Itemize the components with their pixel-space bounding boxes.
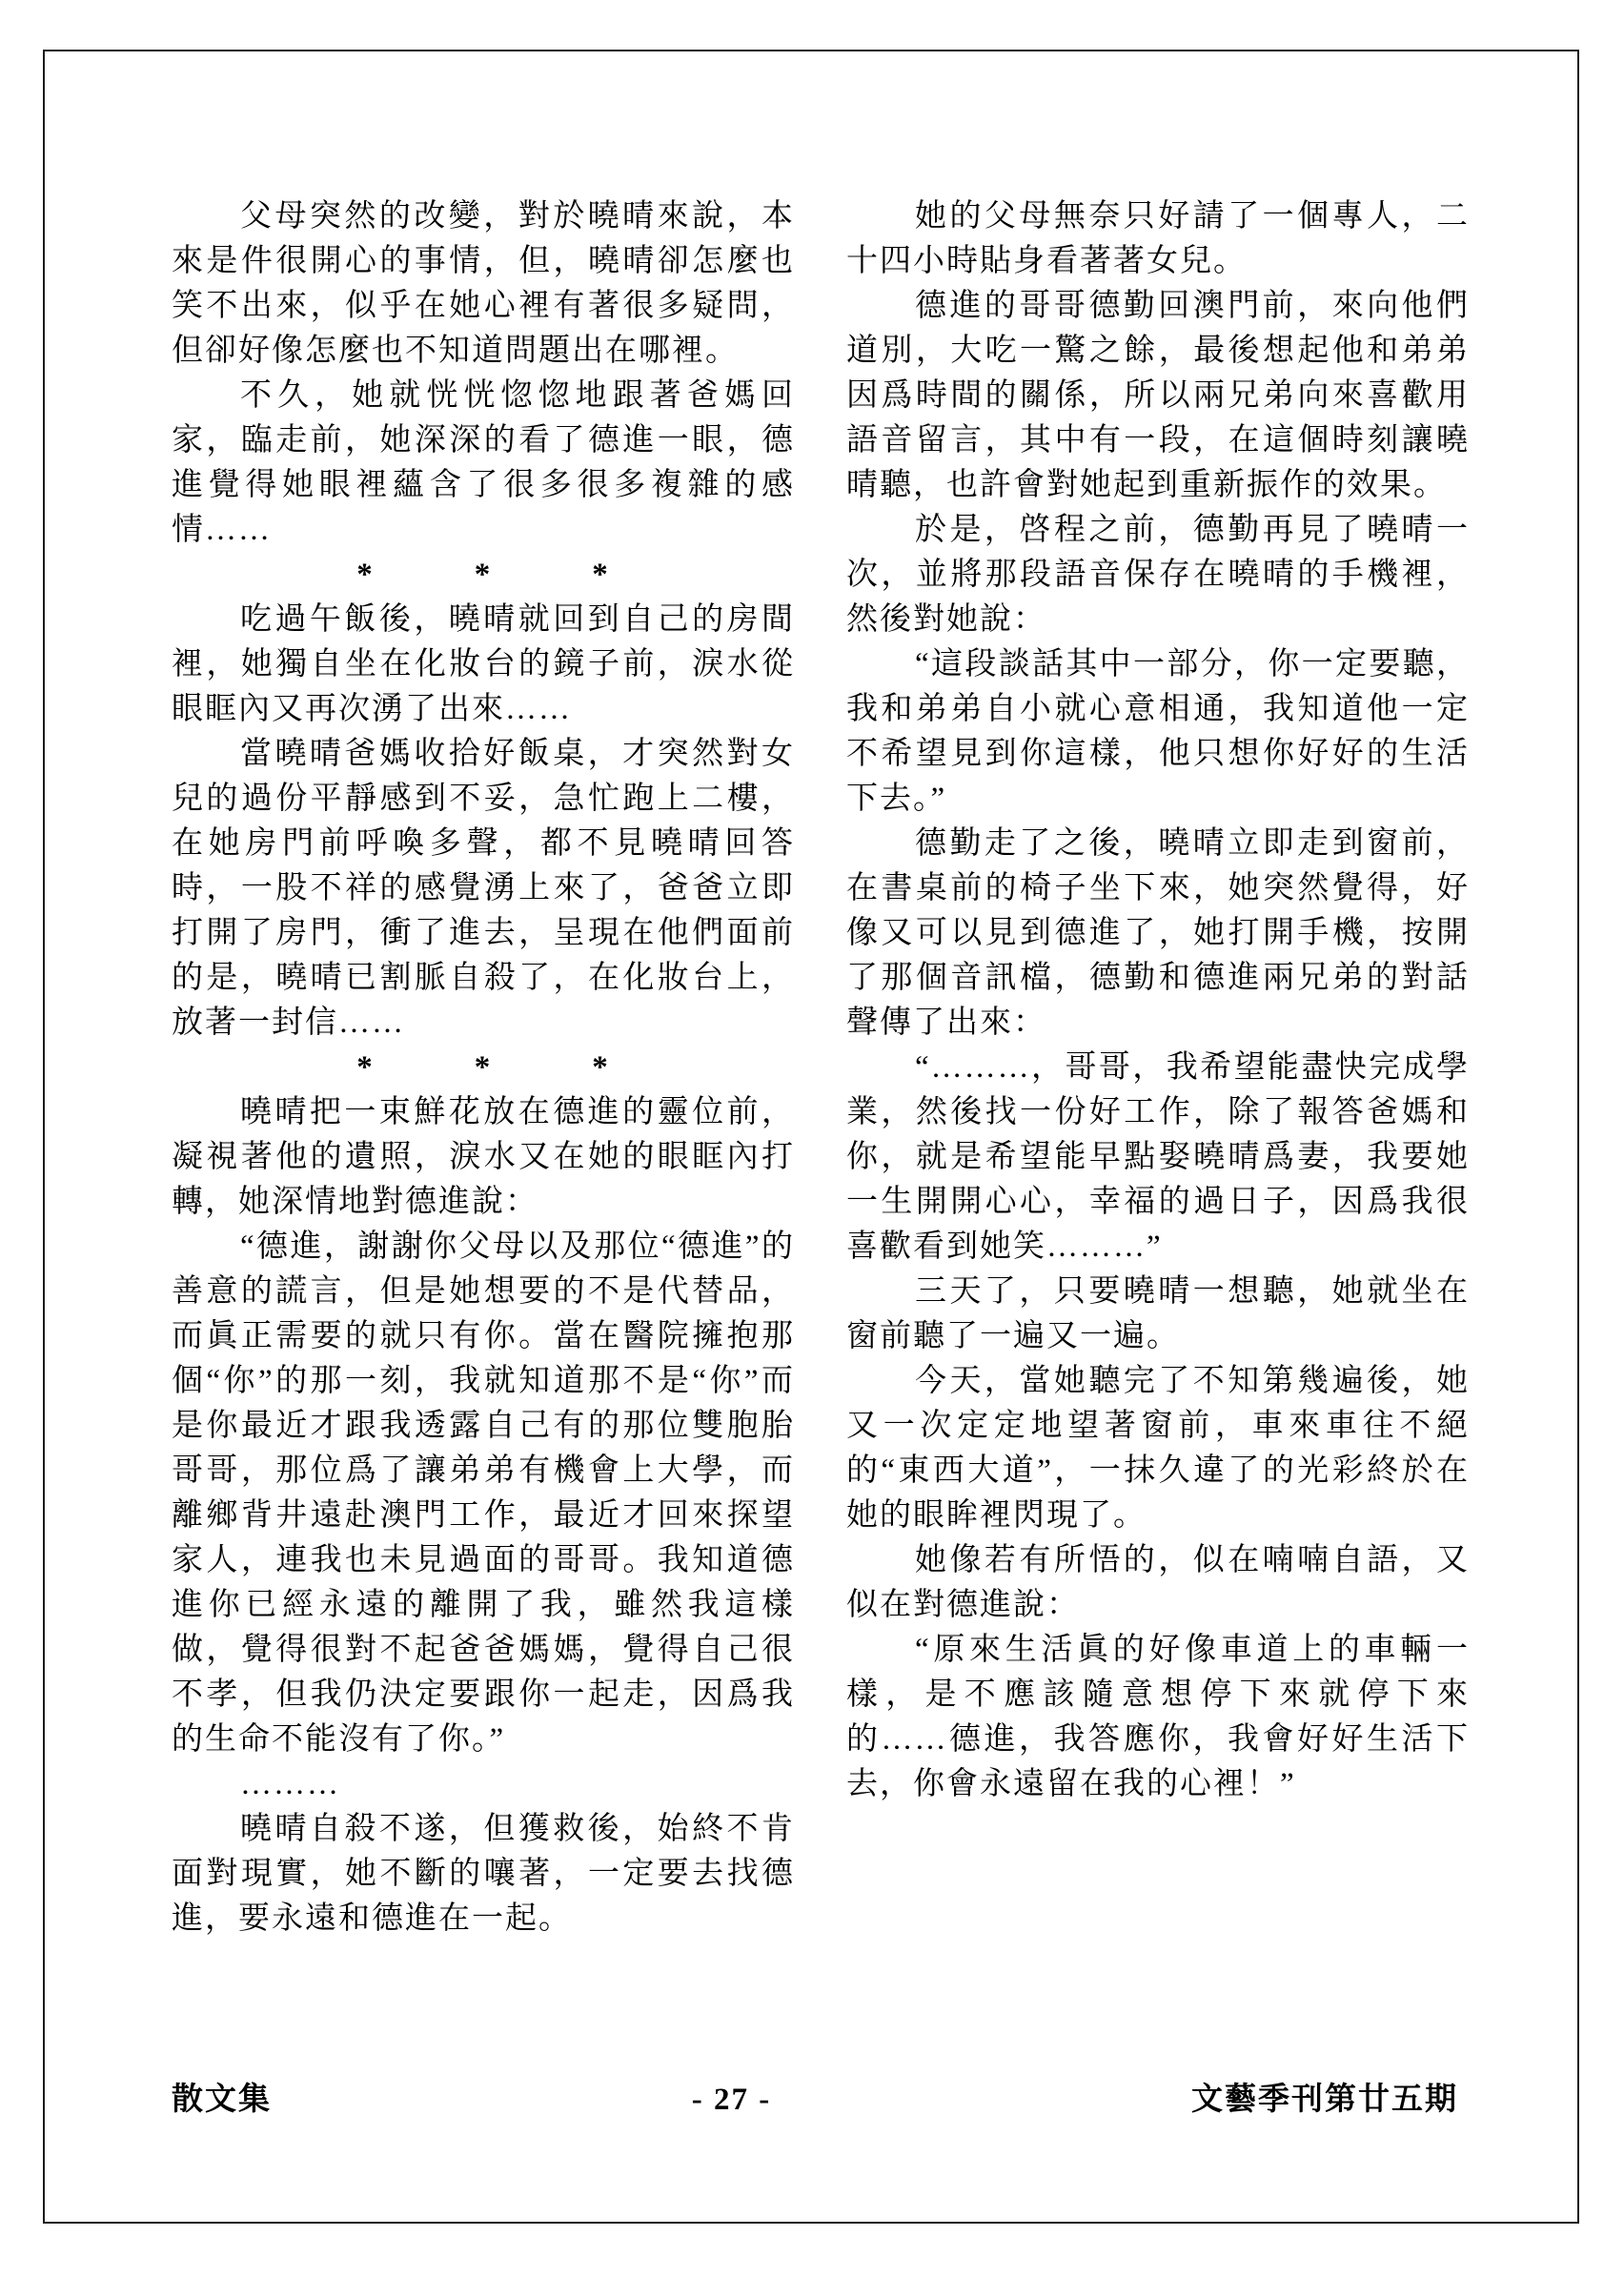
paragraph: 吃過午飯後，曉晴就回到自己的房間裡，她獨自坐在化妝台的鏡子前，淚水從眼眶內又再次… bbox=[172, 598, 795, 732]
paragraph: 今天，當她聽完了不知第幾遍後，她又一次定定地望著窗前，車來車往不絕的“東西大道”… bbox=[846, 1359, 1470, 1538]
paragraph: “德進，謝謝你父母以及那位“德進”的善意的謊言，但是她想要的不是代替品，而眞正需… bbox=[172, 1225, 795, 1762]
footer-section-title: 散文集 bbox=[172, 2074, 272, 2119]
paragraph: 曉晴自殺不遂，但獲救後，始終不肯面對現實，她不斷的嚷著，一定要去找德進，要永遠和… bbox=[172, 1807, 795, 1942]
paragraph: 當曉晴爸媽收拾好飯桌，才突然對女兒的過份平靜感到不妥，急忙跑上二樓，在她房門前呼… bbox=[172, 732, 795, 1046]
paragraph: 三天了，只要曉晴一想聽，她就坐在窗前聽了一遍又一遍。 bbox=[846, 1270, 1470, 1359]
paragraph: 德勤走了之後，曉晴立即走到窗前，在書桌前的椅子坐下來，她突然覺得，好像又可以見到… bbox=[846, 822, 1470, 1046]
paragraph: “這段談話其中一部分，你一定要聽，我和弟弟自小就心意相通，我知道他一定不希望見到… bbox=[846, 642, 1470, 822]
footer-publication-title: 文藝季刊第廿五期 bbox=[1191, 2074, 1458, 2119]
column-right: 她的父母無奈只好請了一個專人，二十四小時貼身看著著女兒。德進的哥哥德勤回澳門前，… bbox=[846, 194, 1470, 1807]
paragraph: ……… bbox=[172, 1762, 795, 1807]
magazine-page: 父母突然的改變，對於曉晴來說，本來是件很開心的事情，但，曉晴卻怎麼也笑不出來，似… bbox=[0, 0, 1624, 2277]
paragraph: 她像若有所悟的，似在喃喃自語，又似在對德進說： bbox=[846, 1538, 1470, 1628]
paragraph: “………，哥哥，我希望能盡快完成學業，然後找一份好工作，除了報答爸媽和你，就是希… bbox=[846, 1046, 1470, 1270]
footer-page-number: - 27 - bbox=[692, 2083, 771, 2118]
page-footer: 散文集 - 27 - 文藝季刊第廿五期 bbox=[172, 2074, 1458, 2119]
paragraph: 父母突然的改變，對於曉晴來說，本來是件很開心的事情，但，曉晴卻怎麼也笑不出來，似… bbox=[172, 194, 795, 374]
paragraph: 於是，啓程之前，德勤再見了曉晴一次，並將那段語音保存在曉晴的手機裡，然後對她說： bbox=[846, 508, 1470, 642]
paragraph: 德進的哥哥德勤回澳門前，來向他們道別，大吃一驚之餘，最後想起他和弟弟因爲時間的關… bbox=[846, 284, 1470, 508]
section-separator: * * * bbox=[172, 1046, 795, 1090]
section-separator: * * * bbox=[172, 553, 795, 598]
paragraph: 不久，她就恍恍惚惚地跟著爸媽回家，臨走前，她深深的看了德進一眼，德進覺得她眼裡蘊… bbox=[172, 374, 795, 553]
paragraph: “原來生活眞的好像車道上的車輛一樣，是不應該隨意想停下來就停下來的……德進，我答… bbox=[846, 1628, 1470, 1807]
paragraph: 她的父母無奈只好請了一個專人，二十四小時貼身看著著女兒。 bbox=[846, 194, 1470, 284]
column-left: 父母突然的改變，對於曉晴來說，本來是件很開心的事情，但，曉晴卻怎麼也笑不出來，似… bbox=[172, 194, 795, 1942]
paragraph: 曉晴把一束鮮花放在德進的靈位前，凝視著他的遺照，淚水又在她的眼眶內打轉，她深情地… bbox=[172, 1090, 795, 1225]
